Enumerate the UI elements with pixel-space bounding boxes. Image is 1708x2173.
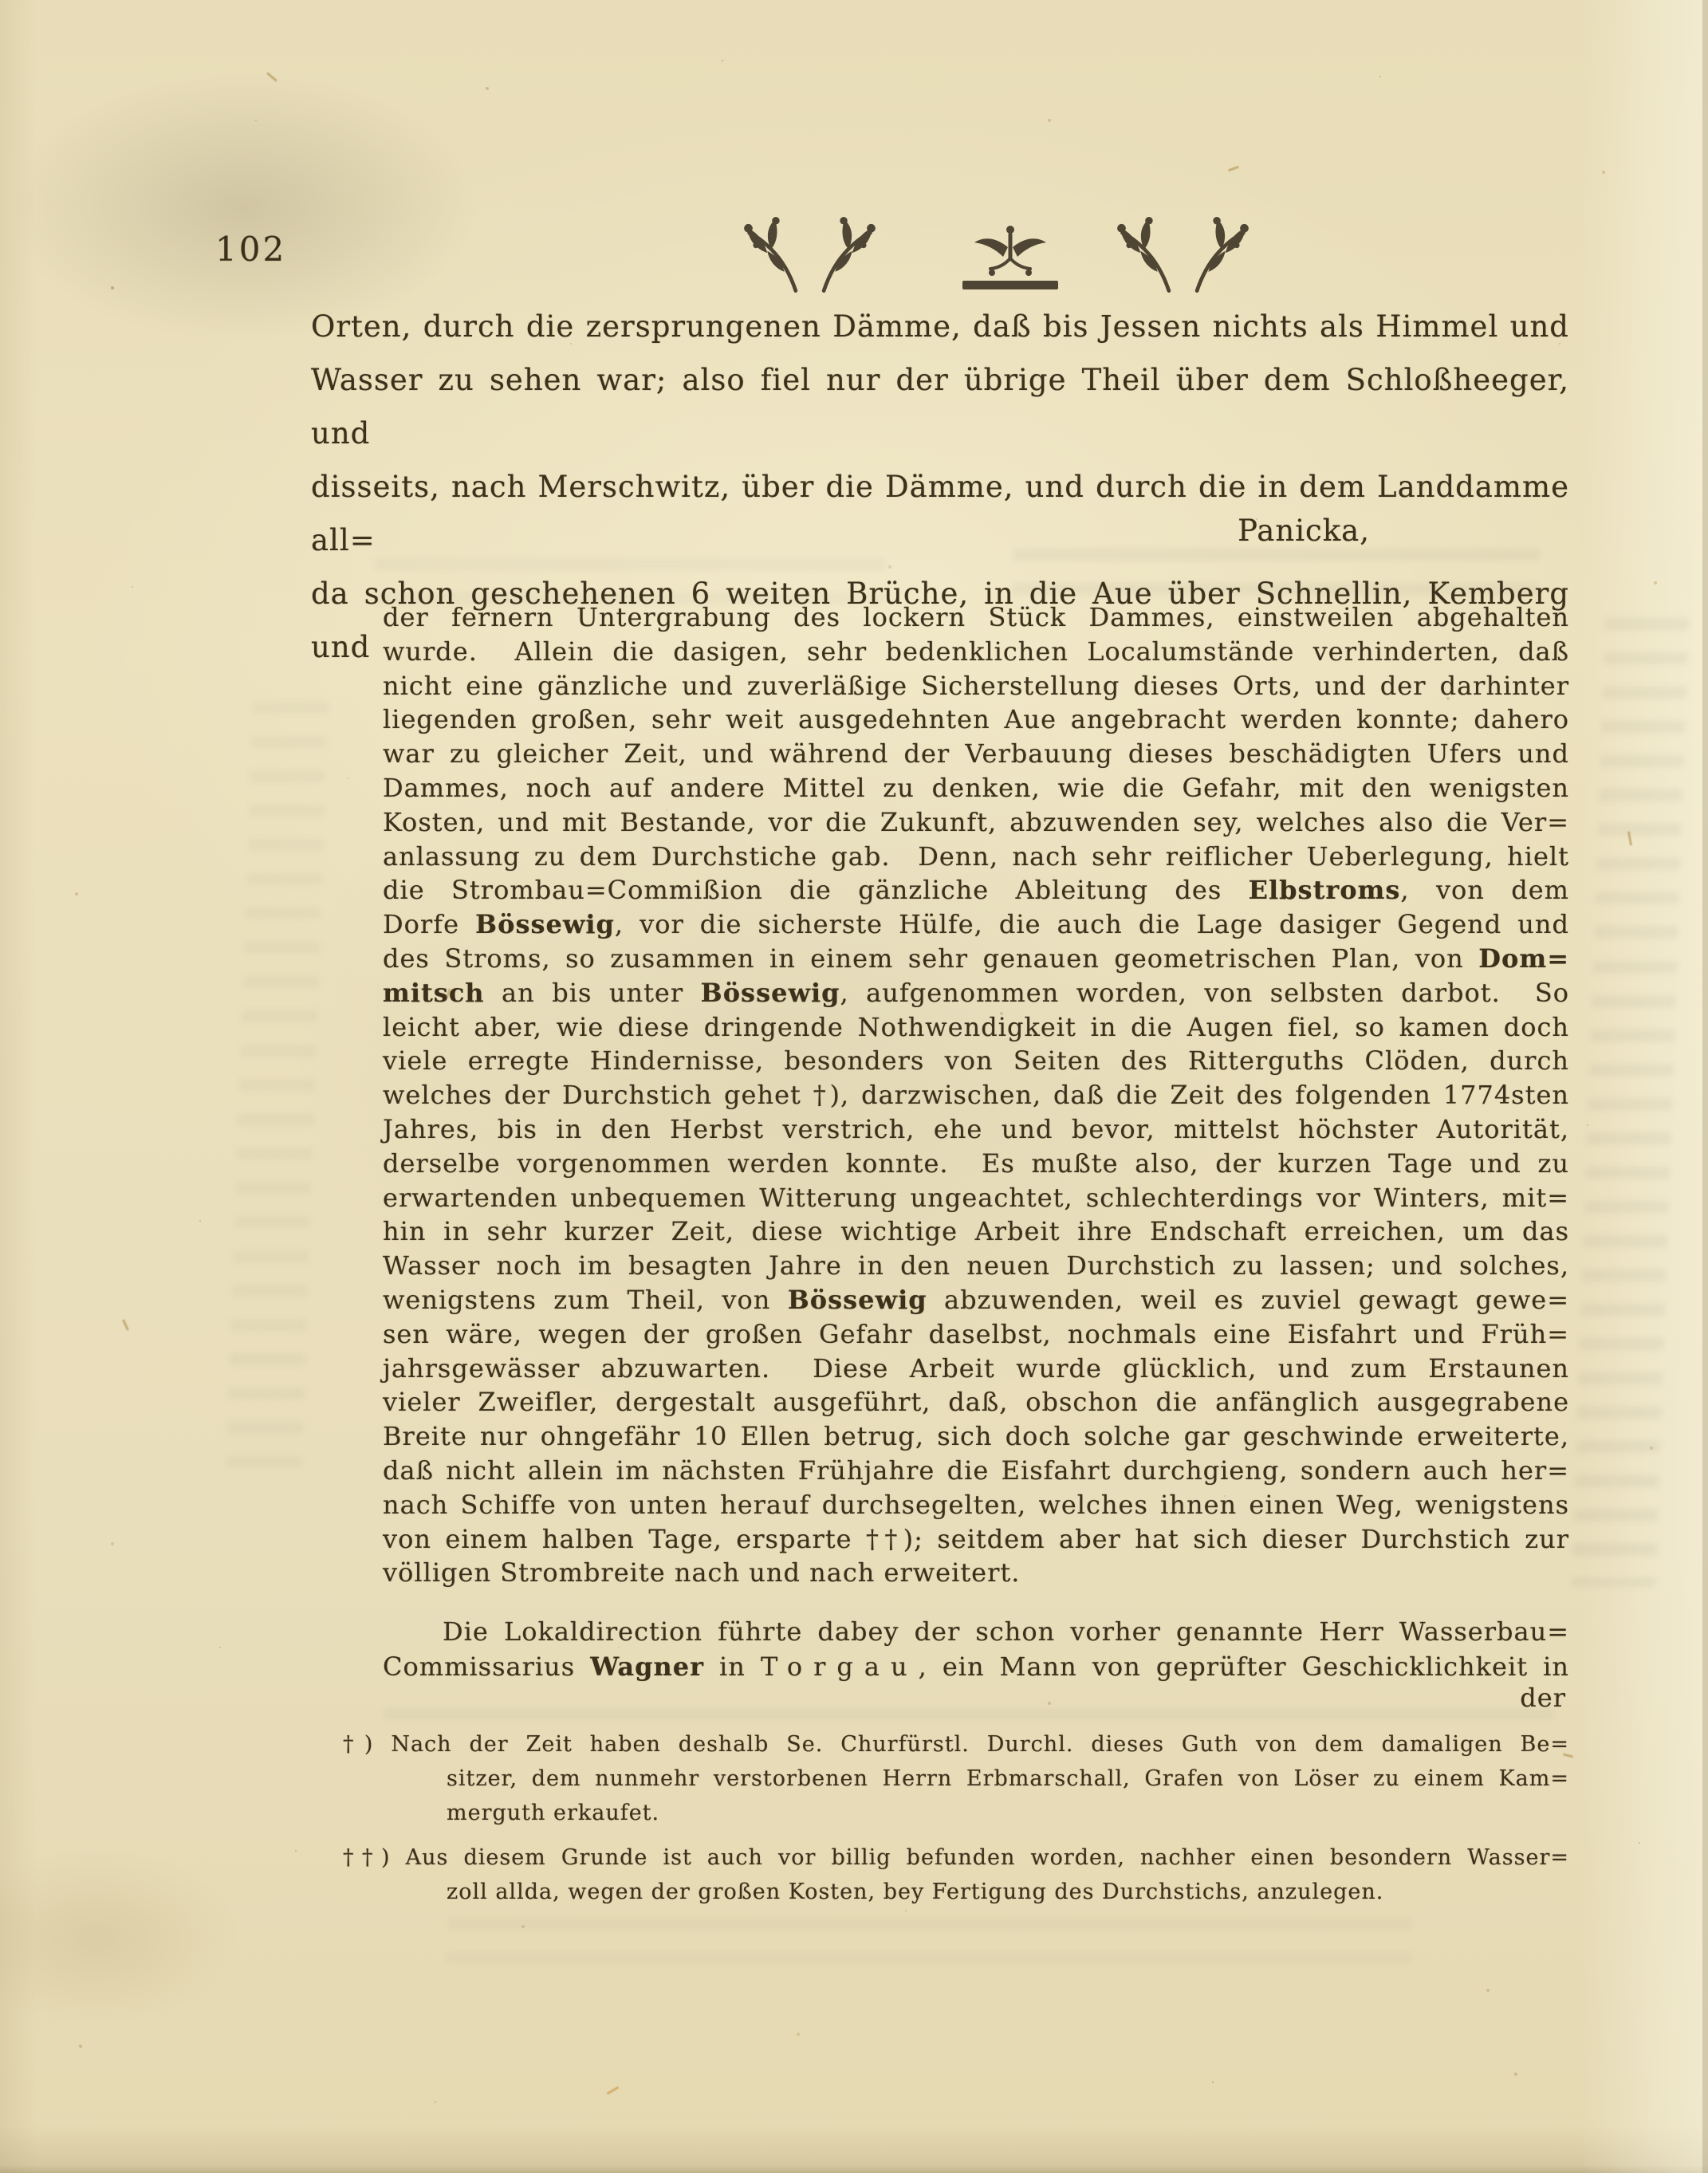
text-line: †) Nach der Zeit haben deshalb Se. Churf… xyxy=(343,1727,1569,1762)
page-number: 102 xyxy=(215,230,286,269)
text-line: Breite nur ohngefähr 10 Ellen betrug, si… xyxy=(383,1419,1569,1454)
text-line: Dorfe Bössewig, vor die sicherste Hülfe,… xyxy=(383,907,1569,942)
text-line: ††) Aus diesem Grunde ist auch vor billi… xyxy=(343,1840,1569,1875)
text-line: völligen Strombreite nach und nach erwei… xyxy=(383,1556,1569,1590)
text-line: hin in sehr kurzer Zeit, diese wichtige … xyxy=(383,1214,1569,1249)
text-line: viele erregte Hindernisse, besonders von… xyxy=(383,1044,1569,1078)
footnote-1: †) Nach der Zeit haben deshalb Se. Churf… xyxy=(343,1727,1569,1830)
text-line: zoll allda, wegen der großen Kosten, bey… xyxy=(343,1875,1569,1909)
text-line: erwartenden unbequemen Witterung ungeach… xyxy=(383,1181,1569,1215)
text-line: Dammes, noch auf andere Mittel zu denken… xyxy=(383,771,1569,805)
text-line: sitzer, dem nunmehr verstorbenen Herrn E… xyxy=(343,1762,1569,1796)
catchword: der xyxy=(1520,1683,1566,1713)
paper-fiber xyxy=(266,72,277,82)
text-line: die Strombau=Commißion die gänzliche Abl… xyxy=(383,873,1569,907)
fleuron-rule-ornament-icon xyxy=(950,223,1070,297)
floral-sprig-ornament-icon xyxy=(740,217,880,293)
text-line: des Stroms, so zusammen in einem sehr ge… xyxy=(383,942,1569,976)
paper-fiber xyxy=(122,1319,129,1331)
bleed-through xyxy=(446,1918,1413,1986)
text-line: Commissarius Wagner in Torgau, ein Mann … xyxy=(383,1649,1569,1684)
main-paragraph: der fernern Untergrabung des lockern Stü… xyxy=(383,600,1569,1590)
text-line: der fernern Untergrabung des lockern Stü… xyxy=(383,600,1569,635)
paper-fiber xyxy=(1627,831,1632,845)
text-line: Wasser zu sehen war; also fiel nur der ü… xyxy=(311,353,1569,460)
text-line: welches der Durchstich gehet †), darzwis… xyxy=(383,1078,1569,1112)
page-edge-shadow xyxy=(1702,0,1708,2173)
paper-fiber xyxy=(1228,166,1239,172)
catchword: Panicka, xyxy=(1238,514,1370,548)
text-line: sen wäre, wegen der großen Gefahr daselb… xyxy=(383,1317,1569,1352)
text-line: nach Schiffe von unten herauf durchsegel… xyxy=(383,1488,1569,1522)
second-paragraph: Die Lokaldirection führte dabey der scho… xyxy=(383,1614,1569,1684)
text-line: liegenden großen, sehr weit ausgedehnten… xyxy=(383,703,1569,737)
text-line: Die Lokaldirection führte dabey der scho… xyxy=(383,1614,1569,1649)
text-line: leicht aber, wie diese dringende Nothwen… xyxy=(383,1010,1569,1045)
book-page: 102 xyxy=(0,0,1708,2173)
text-line: Wasser noch im besagten Jahre in den neu… xyxy=(383,1249,1569,1283)
text-line: derselbe vorgenommen werden konnte. Es m… xyxy=(383,1147,1569,1181)
text-line: jahrsgewässer abzuwarten. Diese Arbeit w… xyxy=(383,1352,1569,1386)
text-line: nicht eine gänzliche und zuverläßige Sic… xyxy=(383,669,1569,703)
text-line: wurde. Allein die dasigen, sehr bedenkli… xyxy=(383,635,1569,669)
footnote-2: ††) Aus diesem Grunde ist auch vor billi… xyxy=(343,1840,1569,1909)
text-line: disseits, nach Merschwitz, über die Dämm… xyxy=(311,460,1569,567)
text-line: wenigstens zum Theil, von Bössewig abzuw… xyxy=(383,1283,1569,1317)
text-line: war zu gleicher Zeit, und während der Ve… xyxy=(383,737,1569,771)
text-line: Kosten, und mit Bestande, vor die Zukunf… xyxy=(383,805,1569,840)
text-line: vieler Zweifler, dergestalt ausgeführt, … xyxy=(383,1385,1569,1419)
text-line: merguth erkaufet. xyxy=(343,1796,1569,1830)
text-line: Jahres, bis in den Herbst verstrich, ehe… xyxy=(383,1112,1569,1147)
paper-fiber xyxy=(606,2086,619,2095)
text-line: Orten, durch die zersprungenen Dämme, da… xyxy=(311,300,1569,353)
text-line: anlassung zu dem Durchstiche gab. Denn, … xyxy=(383,840,1569,874)
bleed-through xyxy=(226,702,329,1483)
text-line: von einem halben Tage, ersparte ††); sei… xyxy=(383,1522,1569,1557)
floral-sprig-ornament-icon xyxy=(1113,217,1253,293)
text-line: mitsch an bis unter Bössewig, aufgenomme… xyxy=(383,976,1569,1010)
bleed-through xyxy=(1572,618,1689,1587)
paper-specks xyxy=(0,0,2,2)
text-line: daß nicht allein im nächsten Frühjahre d… xyxy=(383,1454,1569,1488)
